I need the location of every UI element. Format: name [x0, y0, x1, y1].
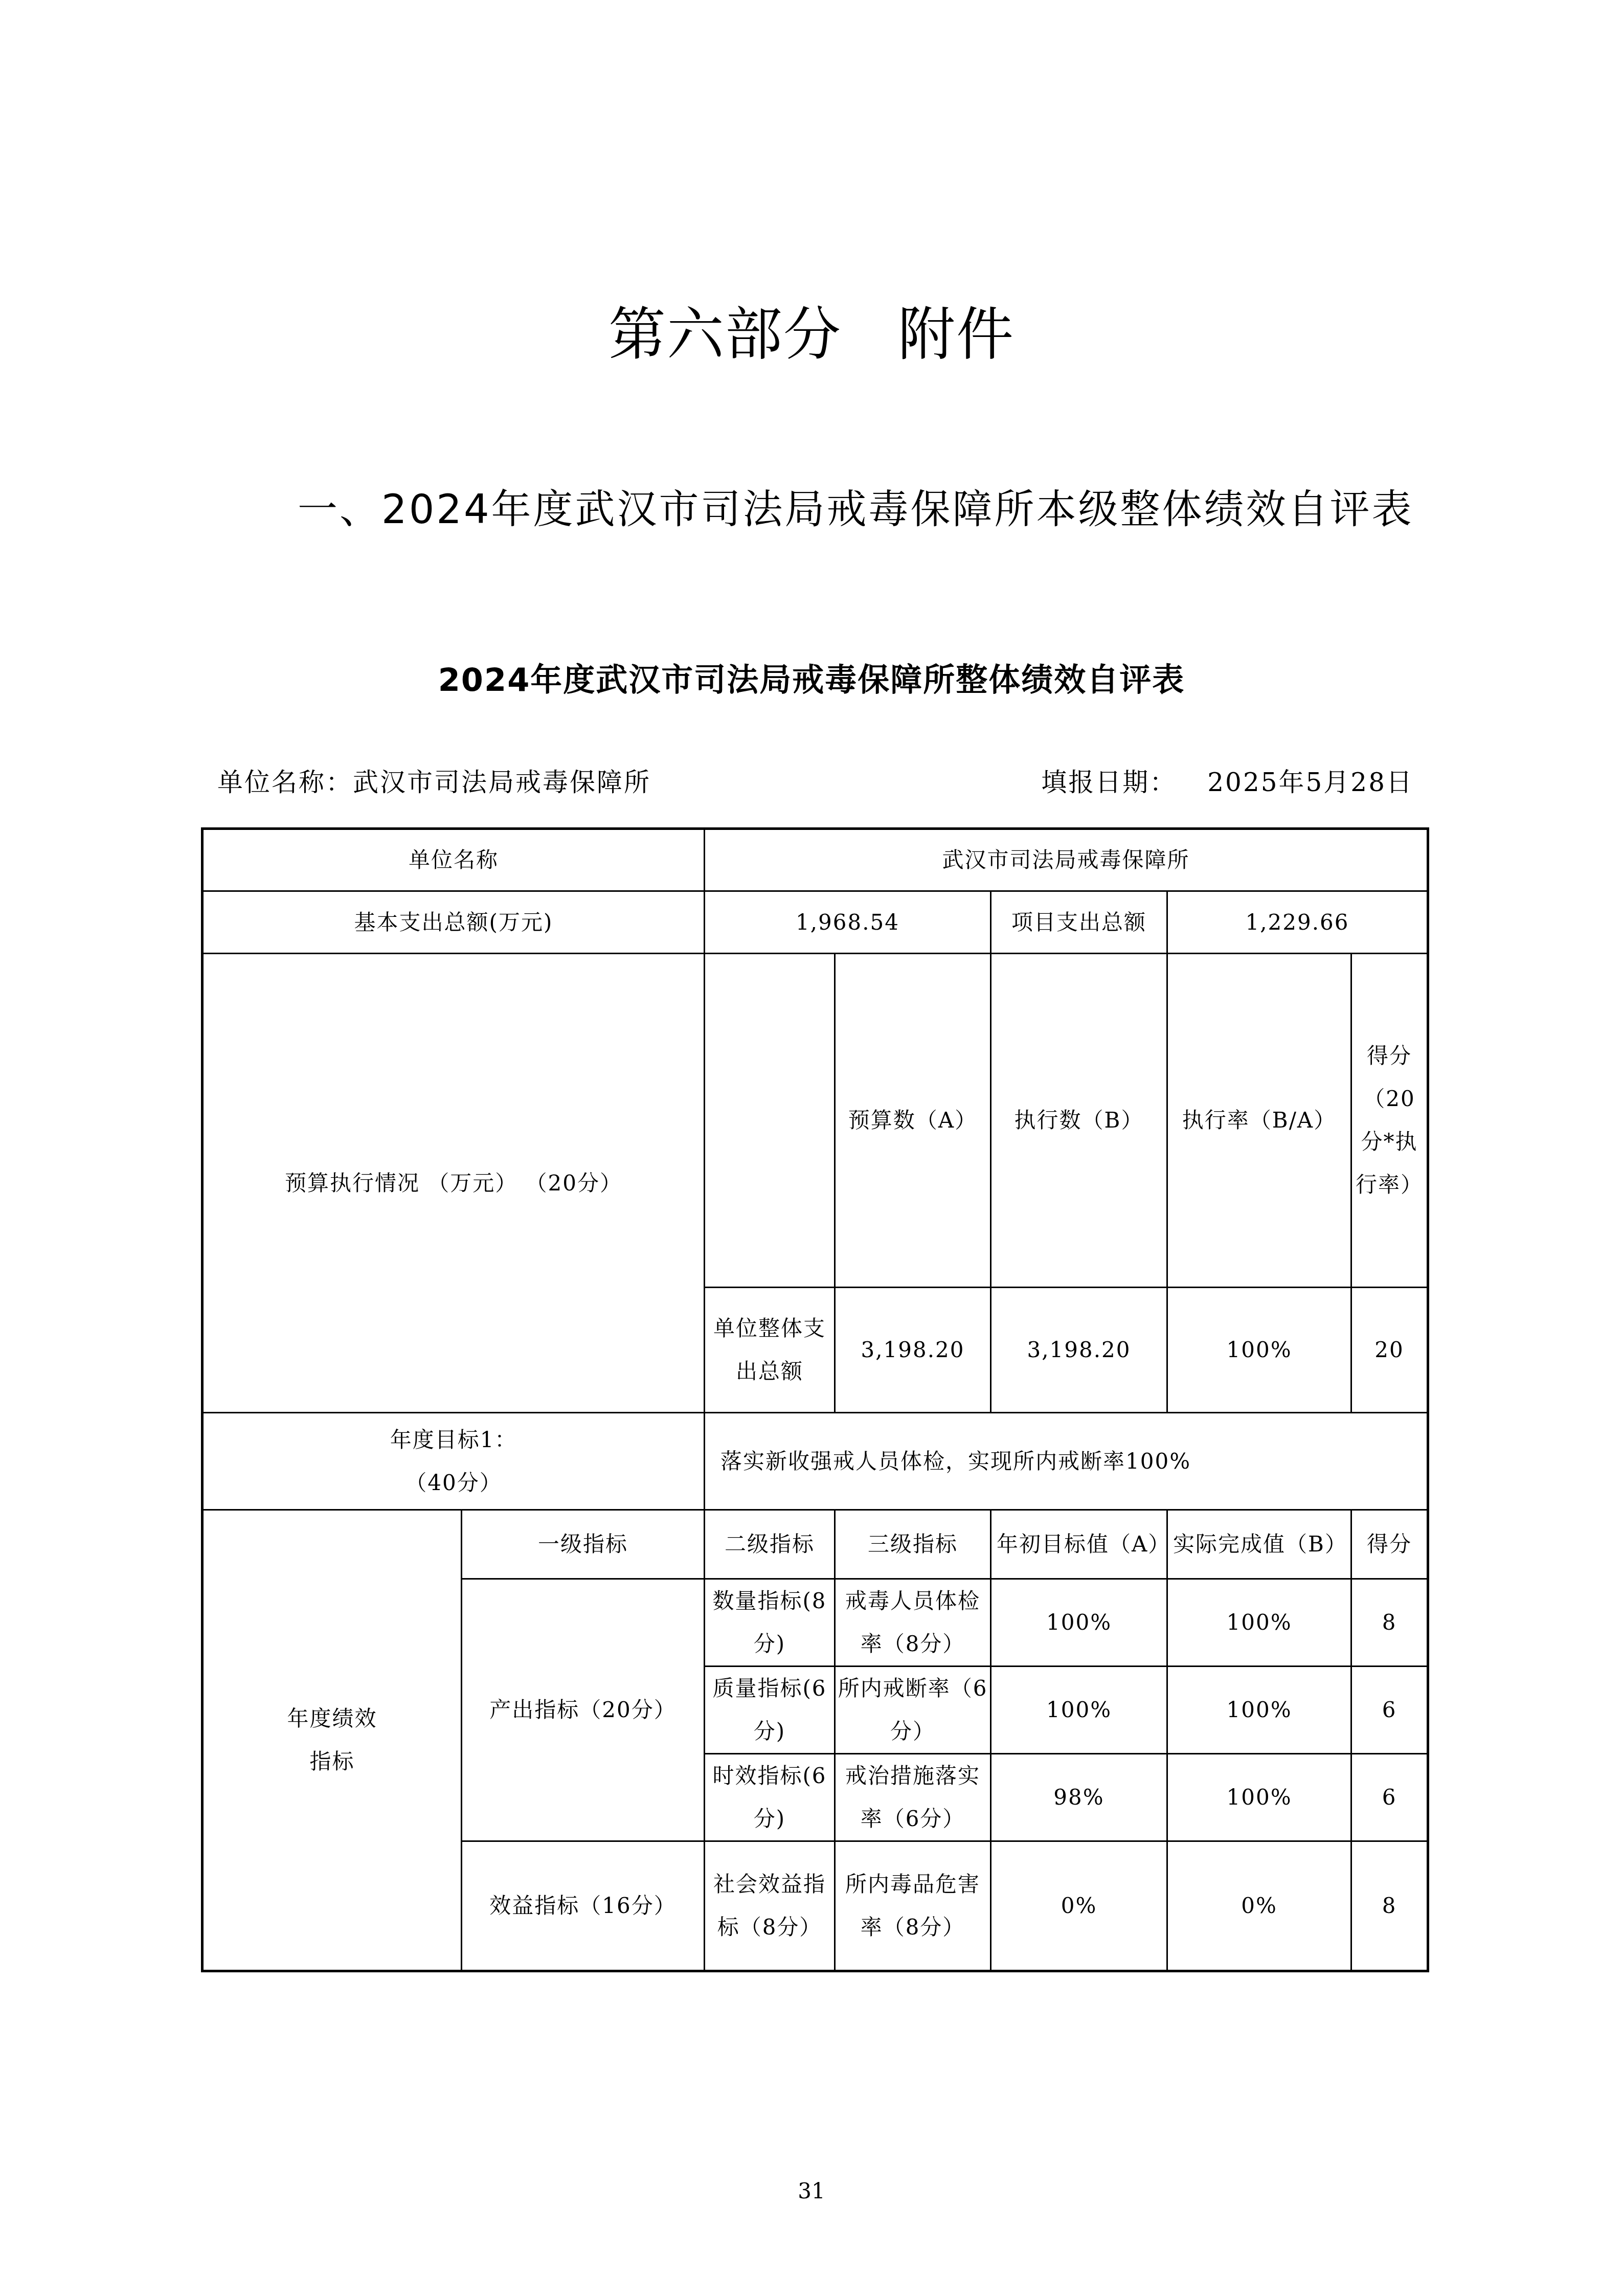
unit-name-row: 单位名称 武汉市司法局戒毒保障所 — [202, 829, 1428, 891]
fill-date: 填报日期：2025年5月28日 — [1041, 762, 1413, 799]
budget-score-value: 20 — [1351, 1288, 1428, 1413]
exec-rate-value: 100% — [1167, 1288, 1351, 1413]
level1-output: 产出指标（20分） — [462, 1579, 705, 1841]
level3-cell: 所内戒断率（6分） — [835, 1667, 991, 1754]
unit-name-label: 单位名称：武汉市司法局戒毒保障所 — [217, 762, 651, 799]
annual-goal-label-line2: （40分） — [209, 1461, 698, 1504]
score-cell: 6 — [1351, 1667, 1428, 1754]
budget-a-value: 3,198.20 — [835, 1288, 991, 1413]
level3-header: 三级指标 — [835, 1510, 991, 1579]
level1-benefit: 效益指标（16分） — [462, 1841, 705, 1971]
basic-expense-label: 基本支出总额(万元) — [202, 891, 705, 954]
score-cell: 8 — [1351, 1579, 1428, 1667]
fill-date-label: 填报日期： — [1041, 768, 1177, 797]
table-title: 2024年度武汉市司法局戒毒保障所整体绩效自评表 — [0, 655, 1623, 700]
budget-section-label: 预算执行情况 （万元） （20分） — [202, 954, 705, 1413]
exec-rate-header: 执行率（B/A） — [1167, 954, 1351, 1288]
annual-goal-label-line1: 年度目标1： — [209, 1419, 698, 1461]
budget-row-label: 单位整体支出总额 — [705, 1288, 835, 1413]
actual-cell: 0% — [1167, 1841, 1351, 1971]
project-expense-label: 项目支出总额 — [991, 891, 1167, 954]
target-cell: 0% — [991, 1841, 1167, 1971]
indicators-section-text: 年度绩效指标 — [287, 1706, 377, 1774]
annual-goal-label: 年度目标1：（40分） — [202, 1413, 705, 1510]
project-expense-value: 1,229.66 — [1167, 891, 1428, 954]
budget-header-row: 预算执行情况 （万元） （20分） 预算数（A） 执行数（B） 执行率（B/A）… — [202, 954, 1428, 1288]
expense-row: 基本支出总额(万元) 1,968.54 项目支出总额 1,229.66 — [202, 891, 1428, 954]
level2-cell: 时效指标(6分) — [705, 1754, 835, 1841]
level3-cell: 戒治措施落实率（6分） — [835, 1754, 991, 1841]
budget-header-blank — [705, 954, 835, 1288]
score-cell: 8 — [1351, 1841, 1428, 1971]
level3-cell: 所内毒品危害率（8分） — [835, 1841, 991, 1971]
part-title-main: 第六部分 — [608, 302, 842, 368]
indicators-section-label: 年度绩效指标 — [202, 1510, 462, 1971]
level2-cell: 社会效益指标（8分） — [705, 1841, 835, 1971]
actual-cell: 100% — [1167, 1579, 1351, 1667]
exec-b-header: 执行数（B） — [991, 954, 1167, 1288]
target-cell: 98% — [991, 1754, 1167, 1841]
level2-header: 二级指标 — [705, 1510, 835, 1579]
exec-b-value: 3,198.20 — [991, 1288, 1167, 1413]
score-header: 得分 — [1351, 1510, 1428, 1579]
performance-table: 单位名称 武汉市司法局戒毒保障所 基本支出总额(万元) 1,968.54 项目支… — [201, 827, 1429, 1972]
fill-date-value: 2025年5月28日 — [1207, 768, 1413, 797]
level3-cell: 戒毒人员体检率（8分） — [835, 1579, 991, 1667]
part-title: 第六部分附件 — [0, 289, 1623, 371]
section-heading-text: 一、2024年度武汉市司法局戒毒保障所本级整体绩效自评表 — [298, 487, 1414, 533]
page-number: 31 — [0, 2178, 1623, 2203]
actual-cell: 100% — [1167, 1754, 1351, 1841]
indicator-header-row: 年度绩效指标 一级指标 二级指标 三级指标 年初目标值（A） 实际完成值（B） … — [202, 1510, 1428, 1579]
actual-header: 实际完成值（B） — [1167, 1510, 1351, 1579]
target-header: 年初目标值（A） — [991, 1510, 1167, 1579]
section-heading: 一、2024年度武汉市司法局戒毒保障所本级整体绩效自评表 — [211, 468, 1428, 552]
unit-name-label-cell: 单位名称 — [202, 829, 705, 891]
budget-score-header: 得分（20分*执行率） — [1351, 954, 1428, 1288]
unit-name-value-cell: 武汉市司法局戒毒保障所 — [705, 829, 1428, 891]
level2-cell: 质量指标(6分) — [705, 1667, 835, 1754]
target-cell: 100% — [991, 1579, 1167, 1667]
score-cell: 6 — [1351, 1754, 1428, 1841]
annual-goal-text: 落实新收强戒人员体检，实现所内戒断率100% — [705, 1413, 1428, 1510]
budget-a-header: 预算数（A） — [835, 954, 991, 1288]
actual-cell: 100% — [1167, 1667, 1351, 1754]
target-cell: 100% — [991, 1667, 1167, 1754]
part-title-sub: 附件 — [898, 302, 1015, 368]
basic-expense-value: 1,968.54 — [705, 891, 991, 954]
annual-goal-row: 年度目标1：（40分） 落实新收强戒人员体检，实现所内戒断率100% — [202, 1413, 1428, 1510]
level2-cell: 数量指标(8分) — [705, 1579, 835, 1667]
level1-header: 一级指标 — [462, 1510, 705, 1579]
